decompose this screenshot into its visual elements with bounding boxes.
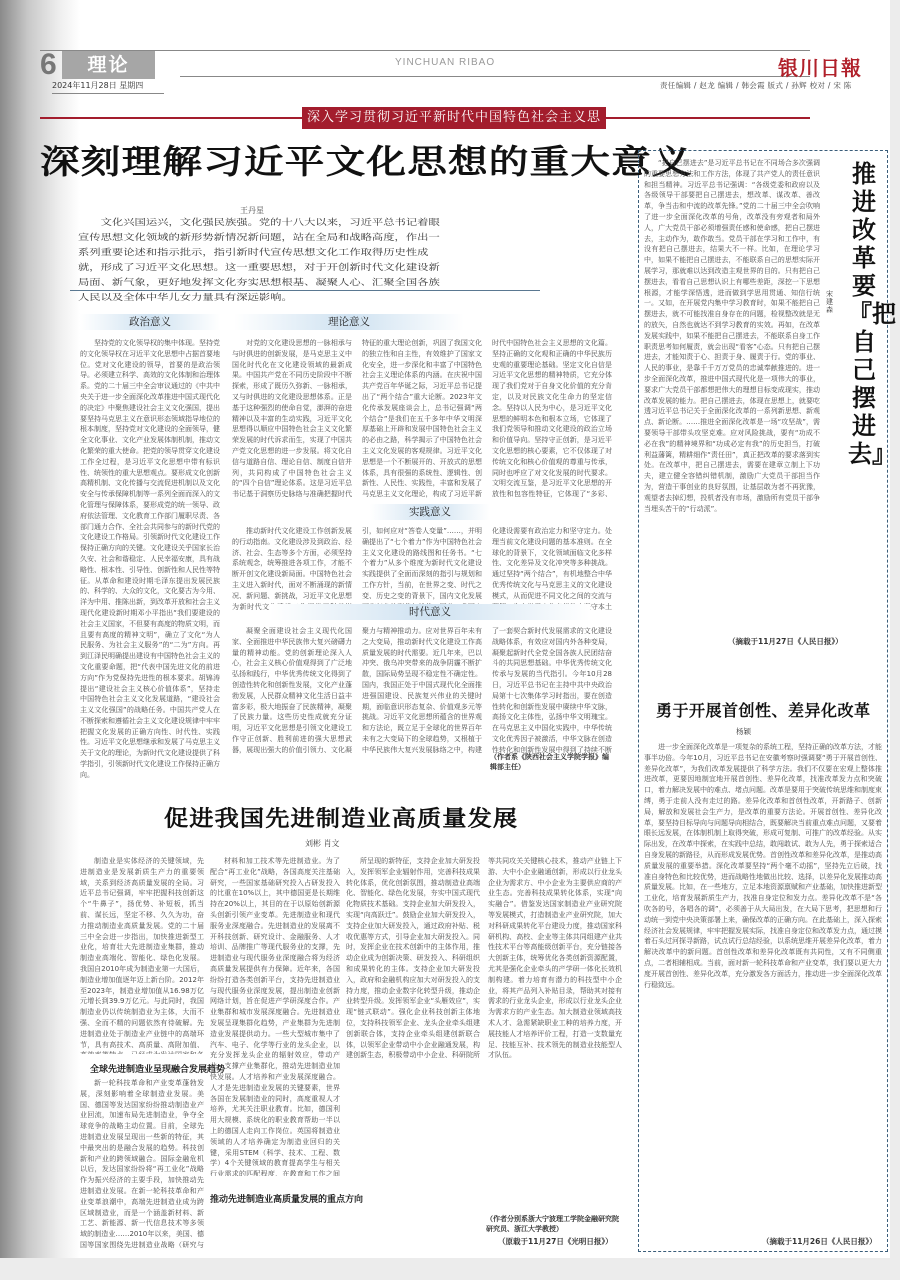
issue-date: 2024年11月28日 星期四 [52, 80, 164, 94]
sidebar-headline: 推进改革要『把自己摆进去』 [848, 160, 880, 468]
paper-logo: 银川日報 [778, 52, 862, 81]
viewer-bottom-band [0, 1258, 900, 1280]
article1-byline: 王丹星 [240, 205, 264, 216]
article3-byline: 刘彬 肖文 [305, 838, 340, 849]
article3-source: （原载于11月27日《光明日报》） [498, 1236, 613, 1247]
article3-subhead-2: 推动先进制造业高质量发展的重点方向 [210, 1192, 363, 1205]
article3-body-c: 所呈现的新特征，支持企业加大研发投入，发挥领军企业辐射作用，完善科技成果转化体系… [346, 856, 622, 1216]
viewer-right-band [890, 0, 900, 1280]
section-heading-era: 时代意义 [270, 604, 590, 620]
sidebar-source: （摘载于11月27日《人民日报》） [728, 636, 843, 647]
masthead-bottom-rule [180, 76, 810, 77]
sidebar-byline: 宋建森 [826, 290, 836, 314]
article3-headline: 促进我国先进制造业高质量发展 [164, 802, 518, 833]
section-label: 理论 [62, 51, 155, 79]
theme-banner: 深入学习贯彻习近平新时代中国特色社会主义思想 [302, 107, 606, 129]
masthead-top-rule [40, 50, 810, 51]
article3-subhead-1: 全球先进制造业呈现融合发展趋势 [90, 1062, 225, 1075]
article1-headline: 深刻理解习近平文化思想的重大意义 [40, 142, 496, 182]
editor-credits: 责任编辑 / 赵龙 编辑 / 韩会霞 版式 / 孙辉 校对 / 宋 陈 [660, 80, 852, 91]
section-heading-theoretical: 理论意义 [234, 314, 464, 330]
lede-divider [70, 290, 540, 291]
page-fold-shadow [0, 0, 80, 1280]
sidebar-body: “把自己摆进去”是习近平总书记在不同场合多次强调的重要思想方法和工作方法，体现了… [644, 158, 820, 638]
sidebar-article2-body: 进一步全面深化改革是一项复杂的系统工程，坚持正确的改革方法，才能事半功倍。今年1… [644, 742, 882, 1232]
page-number: 6 [40, 50, 57, 80]
section-body-theoretical: 对党的文化建设思想的一脉相承与与时俱进的创新发展，是马克思主义中国化时代化在文化… [232, 338, 612, 500]
section-body-era: 凝聚全面建设社会主义现代化国家、全面推进中华民族伟大复兴磅礴力量的精神动能。党的… [232, 626, 612, 756]
sidebar-article2-source: （摘载于11月26日《人民日报》） [762, 1236, 877, 1247]
section-body-political: 坚持党的文化领导权的集中体现。坚持党的文化领导权在习近平文化思想中占据首要地位。… [80, 338, 220, 778]
section-heading-political: 政治意义 [80, 314, 220, 330]
article3-body-b: 材料和加工技术等先进制造业。为了配合“再工业化”战略，各国高度关注基础研究，一些… [210, 856, 340, 1176]
sidebar-article2-headline: 勇于开展首创性、差异化改革 [656, 698, 871, 721]
section-heading-practical: 实践意义 [370, 504, 490, 520]
article1-author-note: （作者系《陕西社会主义学院学报》编辑部主任） [490, 752, 610, 772]
article3-body-a: 新一轮科技革命和产业变革蓬勃发展，深刻影响着全球制造业发展。美国、德国等发达国家… [80, 1078, 204, 1250]
article1-lede: 文化兴国运兴，文化强民族强。党的十八大以来，习近平总书记着眼宣传思想文化领域的新… [78, 216, 440, 306]
article3-intro: 制造业是实体经济的关键领域，先进制造业是发展新质生产力的重要领域，关系到经济高质… [80, 856, 204, 1054]
sidebar-article2-byline: 杨颖 [736, 726, 751, 737]
article3-author-note: （作者分别系浙大宁波理工学院金融研究院研究员、浙江大学教授） [486, 1214, 622, 1234]
section-body-practical: 推动新时代文化建设工作创新发展的行动指南。文化建设涉及到政治、经济、社会、生态等… [232, 526, 612, 616]
paper-name-pinyin: YINCHUAN RIBAO [395, 57, 495, 68]
